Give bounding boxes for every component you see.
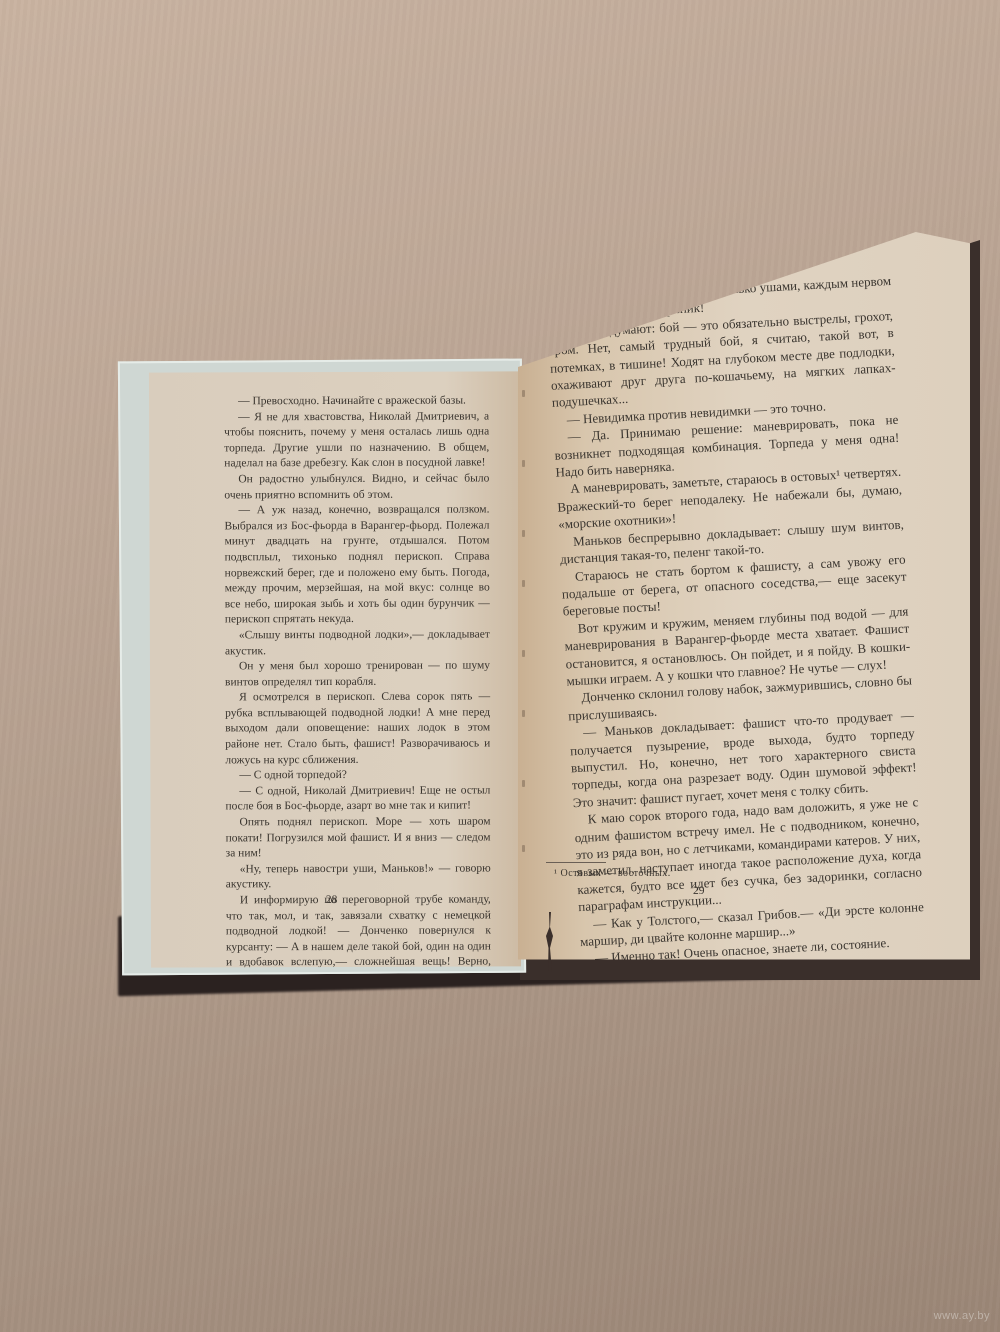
- page-number-left: 28: [326, 894, 338, 906]
- paragraph: И информирую по переговорной трубе коман…: [226, 892, 491, 967]
- paragraph: «Ну, теперь навостри уши, Маньков!» — го…: [226, 861, 491, 893]
- paragraph: — С одной торпедой?: [225, 768, 490, 785]
- paragraph: — Превосходно. Начинайте с вражеской баз…: [224, 393, 489, 410]
- footnote-divider: [546, 862, 606, 863]
- watermark: www.ay.by: [934, 1310, 990, 1322]
- left-page: — Превосходно. Начинайте с вражеской баз…: [149, 371, 521, 967]
- right-page: акустик слушает, не дышит, не только уша…: [518, 232, 970, 982]
- paragraph: Он у меня был хорошо тренирован — по шум…: [225, 659, 490, 691]
- paragraph: — С одной, Николай Дмитриевич! Еще не ос…: [225, 783, 490, 815]
- paragraph: Опять поднял перископ. Море — хоть шаром…: [226, 814, 491, 862]
- paragraph: К маю сорок второго года, надо вам долож…: [573, 793, 923, 915]
- paragraph: Я осмотрелся в перископ. Слева сорок пят…: [225, 690, 490, 769]
- footnote: ¹ Остовых — восточных.: [554, 868, 671, 879]
- paragraph: — Я не для хвастовства, Николай Дмитриев…: [224, 409, 489, 472]
- paragraph: «Слышу винты подводной лодки»,— докладыв…: [225, 627, 490, 659]
- page-number-right: 29: [693, 885, 705, 897]
- right-page-text-upper: акустик слушает, не дышит, не только уша…: [546, 272, 926, 968]
- left-page-text: — Превосходно. Начинайте с вражеской баз…: [224, 393, 492, 967]
- paragraph: — А уж назад, конечно, возвращался ползк…: [224, 503, 489, 629]
- binding-stitches: [520, 390, 528, 910]
- paragraph: Он радостно улыбнулся. Видно, и сейчас б…: [224, 471, 489, 503]
